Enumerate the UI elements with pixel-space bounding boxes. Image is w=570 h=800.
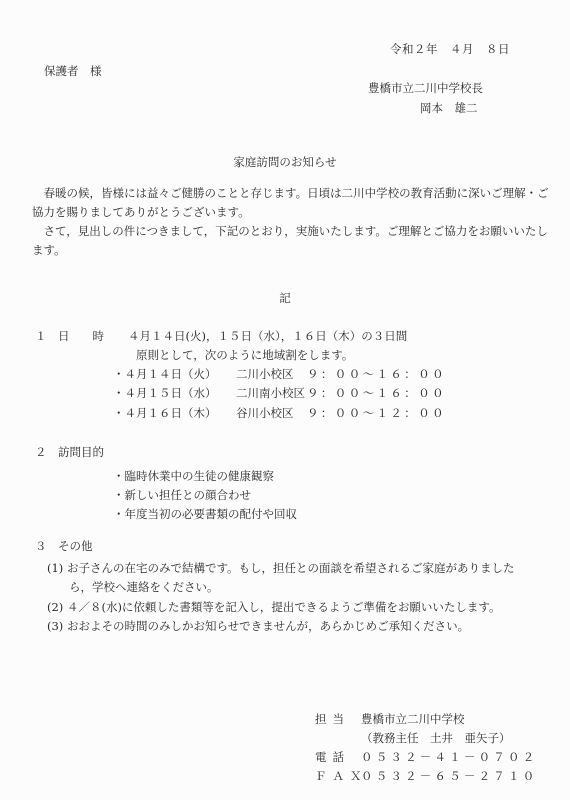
sender-organization: 豊橋市立二川中学校長 bbox=[368, 83, 483, 95]
fax-number: ０５３２－６５－２７１０ bbox=[361, 769, 537, 783]
item-text: ４／８(水)に依頼した書類等を記入し，提出できるようご準備をお願いいたします。 bbox=[67, 600, 501, 614]
contact-person: （教務主任 土井 亜矢子） bbox=[361, 731, 511, 745]
addressee: 保護者 様 bbox=[44, 66, 102, 78]
section-2-label: ２ 訪問目的 bbox=[35, 447, 104, 459]
schedule-row: ・４月１６日（木）谷川小校区９：００〜１２：００ bbox=[113, 408, 446, 420]
contact-school: 豊橋市立二川中学校 bbox=[361, 712, 465, 726]
intro-purpose: さて，見出しの件につきまして，下記のとおり，実施いたします。ご理解とご協力をお願… bbox=[32, 222, 552, 260]
schedule-row: ・４月１４日（火）二川小校区９：００〜１６：００ bbox=[113, 369, 446, 381]
fax-label: ＦＡＸ bbox=[315, 771, 361, 783]
schedule-date: ・４月１６日（木） bbox=[113, 408, 236, 420]
schedule-area: 二川南小校区 bbox=[236, 388, 307, 400]
purpose-item: ・臨時休業中の生徒の健康観察 bbox=[113, 471, 274, 483]
schedule-date: ・４月１４日（火） bbox=[113, 369, 236, 381]
contact-school-row: 担当豊橋市立二川中学校 bbox=[315, 714, 465, 726]
item-text-continued: ら，学校へ連絡をください。 bbox=[47, 578, 527, 597]
other-item: (2) ４／８(水)に依頼した書類等を記入し，提出できるようご準備をお願いいたし… bbox=[47, 598, 527, 617]
section-3-label: ３ その他 bbox=[35, 541, 93, 553]
item-number: (1) bbox=[47, 561, 63, 575]
contact-person-label: 担当 bbox=[315, 714, 361, 726]
schedule-area: 谷川小校区 bbox=[236, 408, 307, 420]
ki-heading: 記 bbox=[0, 293, 570, 305]
section-1-label: １ 日 時 bbox=[35, 331, 104, 343]
contact-fax-row: ＦＡＸ０５３２－６５－２７１０ bbox=[315, 771, 537, 783]
purpose-item: ・新しい担任との顔合わせ bbox=[113, 490, 251, 502]
intro-greeting: 春暖の候，皆様には益々ご健勝のことと存じます。日頃は二川中学校の教育活動に深いご… bbox=[32, 184, 552, 222]
section-1-note: 原則として，次のように地域割をします。 bbox=[136, 350, 353, 362]
schedule-area: 二川小校区 bbox=[236, 369, 307, 381]
intro-paragraph: 春暖の候，皆様には益々ご健勝のことと存じます。日頃は二川中学校の教育活動に深いご… bbox=[32, 184, 552, 260]
item-text: おおよその時間のみしかお知らせできませんが，あらかじめご承知ください。 bbox=[67, 619, 469, 633]
section-1-dates: ４月１４日(火)，１５日（水），１６日（木）の３日間 bbox=[128, 331, 407, 343]
sender-name: 岡本 雄二 bbox=[420, 103, 478, 115]
other-item: (1) お子さんの在宅のみで結構です。もし，担任との面談を希望されるご家庭があり… bbox=[47, 559, 527, 597]
document-date: 令和２年 ４月 ８日 bbox=[390, 44, 510, 56]
schedule-time: ９：００〜１２：００ bbox=[307, 408, 446, 420]
item-number: (3) bbox=[47, 619, 63, 633]
document-title: 家庭訪問のお知らせ bbox=[0, 157, 570, 169]
item-number: (2) bbox=[47, 600, 63, 614]
contact-person-row: （教務主任 土井 亜矢子） bbox=[315, 733, 511, 745]
schedule-date: ・４月１５日（水） bbox=[113, 388, 236, 400]
item-text: お子さんの在宅のみで結構です。もし，担任との面談を希望されるご家庭がありました bbox=[67, 561, 515, 575]
purpose-item: ・年度当初の必要書類の配付や回収 bbox=[113, 509, 297, 521]
schedule-row: ・４月１５日（水）二川南小校区９：００〜１６：００ bbox=[113, 388, 446, 400]
phone-number: ０５３２－４１－０７０２ bbox=[361, 750, 537, 764]
schedule-time: ９：００〜１６：００ bbox=[307, 369, 446, 381]
contact-phone-row: 電話０５３２－４１－０７０２ bbox=[315, 752, 537, 764]
other-item: (3) おおよその時間のみしかお知らせできませんが，あらかじめご承知ください。 bbox=[47, 617, 527, 636]
phone-label: 電話 bbox=[315, 752, 361, 764]
schedule-time: ９：００〜１６：００ bbox=[307, 388, 446, 400]
